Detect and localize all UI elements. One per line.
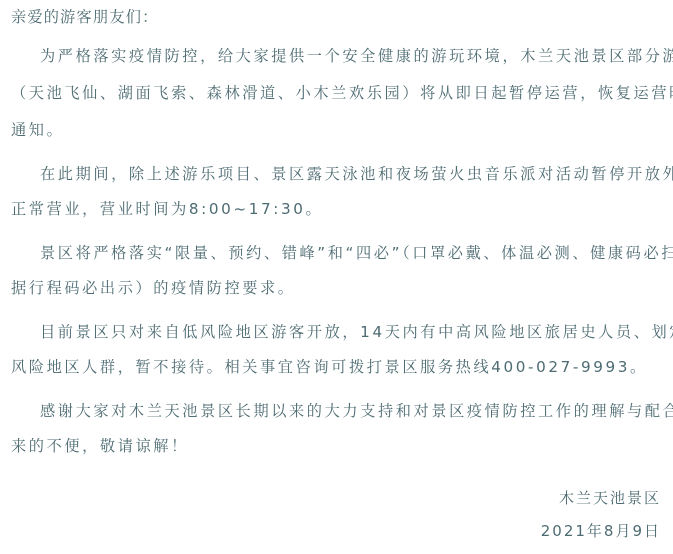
signature: 木兰天池景区 (559, 488, 661, 508)
paragraph-line: 感谢大家对木兰天池景区长期以来的大力支持和对景区疫情防控工作的理解与配合，给您带 (40, 401, 673, 421)
paragraph-line: 景区将严格落实“限量、预约、错峰”和“四必”（口罩必戴、体温必测、健康码必扫、大… (40, 243, 673, 263)
paragraph-line: 据行程码必出示）的疫情防控要求。 (11, 278, 296, 298)
paragraph-line: 为严格落实疫情防控，给大家提供一个安全健康的游玩环境，木兰天池景区部分游乐项目 (40, 46, 673, 66)
paragraph-line: （天池飞仙、湖面飞索、森林滑道、小木兰欢乐园）将从即日起暂停运营，恢复运营时间将… (11, 83, 673, 103)
date: 2021年8月9日 (541, 521, 661, 541)
notice-document: 亲爱的游客朋友们： 为严格落实疫情防控，给大家提供一个安全健康的游玩环境，木兰天… (0, 0, 673, 554)
paragraph-line: 在此期间，除上述游乐项目、景区露天泳池和夜场萤火虫音乐派对活动暂停开放外，景区仍 (40, 164, 673, 184)
paragraph-line: 通知。 (11, 120, 64, 140)
paragraph-line: 目前景区只对来自低风险地区游客开放，14天内有中高风险地区旅居史人员、划定为中高 (40, 322, 673, 342)
paragraph-line: 正常营业，营业时间为8:00~17:30。 (11, 199, 323, 219)
paragraph-line: 风险地区人群，暂不接待。相关事宜咨询可拨打景区服务热线400-027-9993。 (11, 357, 648, 377)
paragraph-line: 来的不便，敬请谅解！ (11, 436, 189, 456)
greeting: 亲爱的游客朋友们： (11, 7, 159, 27)
